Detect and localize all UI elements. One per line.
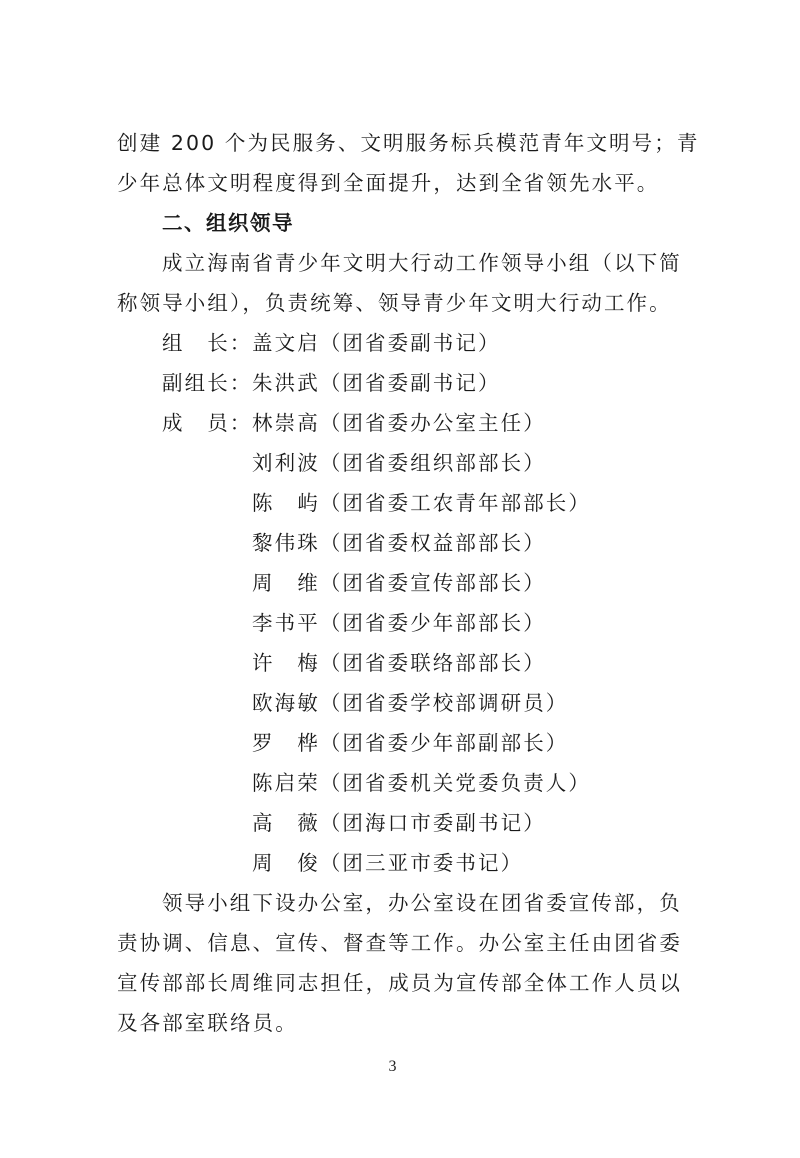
person-title: （团省委机关党委负责人） xyxy=(320,763,591,803)
member-row: 黎伟珠 （团省委权益部部长） xyxy=(117,523,687,563)
person-name: 周 维 xyxy=(252,563,320,603)
person-name: 刘利波 xyxy=(252,443,320,483)
paragraph-line: 宣传部部长周维同志担任，成员为宣传部全体工作人员以 xyxy=(117,963,687,1003)
person-name: 周 俊 xyxy=(252,843,320,883)
person-title: （团省委副书记） xyxy=(320,323,501,363)
person-title: （团省委工农青年部部长） xyxy=(320,483,591,523)
paragraph-line: 责协调、信息、宣传、督查等工作。办公室主任由团省委 xyxy=(117,923,687,963)
deputy-leader-row: 副组长： 朱洪武 （团省委副书记） xyxy=(117,363,687,403)
member-row: 高 薇 （团海口市委副书记） xyxy=(117,803,687,843)
person-title: （团省委权益部部长） xyxy=(320,523,546,563)
member-row: 李书平 （团省委少年部部长） xyxy=(117,603,687,643)
person-title: （团省委宣传部部长） xyxy=(320,563,546,603)
paragraph-line: 领导小组下设办公室，办公室设在团省委宣传部，负 xyxy=(117,883,687,923)
member-row: 罗 桦 （团省委少年部副部长） xyxy=(117,723,687,763)
person-title: （团省委组织部部长） xyxy=(320,443,546,483)
member-row: 成 员： 林崇高 （团省委办公室主任） xyxy=(117,403,687,443)
person-name: 林崇高 xyxy=(252,403,320,443)
person-title: （团省委学校部调研员） xyxy=(320,683,569,723)
person-name: 李书平 xyxy=(252,603,320,643)
member-row: 周 维 （团省委宣传部部长） xyxy=(117,563,687,603)
member-row: 刘利波 （团省委组织部部长） xyxy=(117,443,687,483)
page-number: 3 xyxy=(0,1058,785,1076)
person-title: （团三亚市委书记） xyxy=(320,843,523,883)
person-name: 朱洪武 xyxy=(252,363,320,403)
member-row: 欧海敏 （团省委学校部调研员） xyxy=(117,683,687,723)
role-label: 成 员： xyxy=(162,403,252,443)
member-row: 周 俊 （团三亚市委书记） xyxy=(117,843,687,883)
paragraph-line: 成立海南省青少年文明大行动工作领导小组（以下简 xyxy=(117,243,687,283)
person-title: （团省委联络部部长） xyxy=(320,643,546,683)
paragraph-line: 少年总体文明程度得到全面提升，达到全省领先水平。 xyxy=(117,163,687,203)
member-row: 陈启荣 （团省委机关党委负责人） xyxy=(117,763,687,803)
member-row: 许 梅 （团省委联络部部长） xyxy=(117,643,687,683)
person-name: 盖文启 xyxy=(252,323,320,363)
person-title: （团省委办公室主任） xyxy=(320,403,546,443)
role-label: 组 长： xyxy=(162,323,252,363)
person-name: 罗 桦 xyxy=(252,723,320,763)
person-title: （团海口市委副书记） xyxy=(320,803,546,843)
person-title: （团省委副书记） xyxy=(320,363,501,403)
document-page: 创建 200 个为民服务、文明服务标兵模范青年文明号；青 少年总体文明程度得到全… xyxy=(117,123,687,1043)
person-name: 高 薇 xyxy=(252,803,320,843)
person-name: 陈 屿 xyxy=(252,483,320,523)
person-name: 欧海敏 xyxy=(252,683,320,723)
person-title: （团省委少年部副部长） xyxy=(320,723,569,763)
person-name: 黎伟珠 xyxy=(252,523,320,563)
person-name: 许 梅 xyxy=(252,643,320,683)
paragraph-line: 及各部室联络员。 xyxy=(117,1003,687,1043)
leader-row: 组 长： 盖文启 （团省委副书记） xyxy=(117,323,687,363)
person-name: 陈启荣 xyxy=(252,763,320,803)
section-heading: 二、组织领导 xyxy=(117,203,687,243)
role-label: 副组长： xyxy=(162,363,252,403)
paragraph-line: 称领导小组），负责统筹、领导青少年文明大行动工作。 xyxy=(117,283,687,323)
member-row: 陈 屿 （团省委工农青年部部长） xyxy=(117,483,687,523)
paragraph-line: 创建 200 个为民服务、文明服务标兵模范青年文明号；青 xyxy=(117,123,687,163)
person-title: （团省委少年部部长） xyxy=(320,603,546,643)
